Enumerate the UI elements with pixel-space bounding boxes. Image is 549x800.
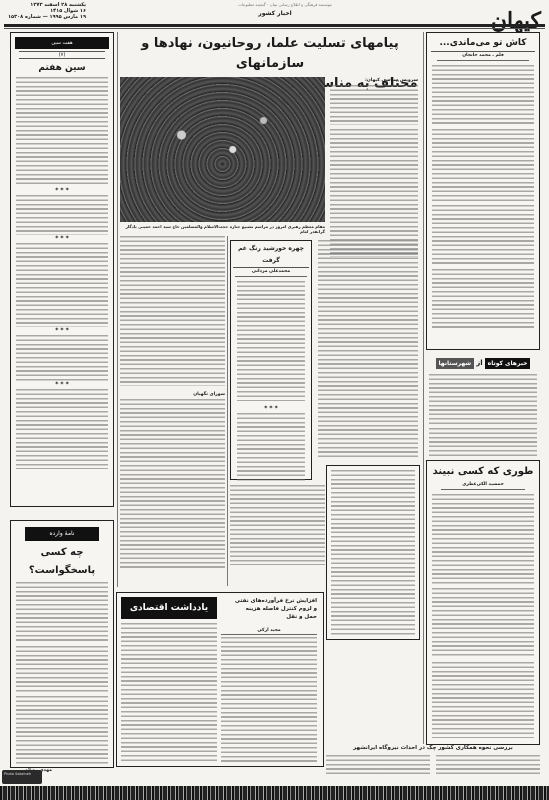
economy-body-left <box>121 623 217 763</box>
tori-body <box>432 494 534 584</box>
kash-body <box>432 205 534 265</box>
column-rule <box>227 236 228 586</box>
separator-stars: * * * <box>11 381 113 389</box>
separator-stars: * * * <box>11 187 113 195</box>
issue-date: یکشنبه ۲۸ اسفند ۱۳۷۳ ۱۶ شوال ۱۴۱۵ ۱۹ مار… <box>6 2 86 20</box>
kash-article: کاش تو می‌ماندی... قلم ـ محمد خانجان <box>426 32 540 350</box>
story-intro: سرویس سیاسی کیهان: <box>330 78 418 83</box>
economy-author: مجید ارکی <box>221 627 317 635</box>
economy-title-line: افزایش نرخ فرآورده‌های نفتی <box>221 597 317 605</box>
kash-title: کاش تو می‌ماندی... <box>431 35 535 52</box>
article-body <box>16 195 108 235</box>
newspaper-logo: کیهان <box>491 8 541 34</box>
poem-verses <box>237 281 305 401</box>
section-title: اخبار کشور <box>235 10 315 17</box>
bottom-news-body <box>436 755 540 777</box>
article-body <box>16 389 108 469</box>
letter-body <box>16 646 108 692</box>
short-news-header: خبرهای کوتاه از شهرستانها <box>426 356 540 370</box>
kash-body <box>432 269 534 329</box>
letter-body <box>16 582 108 642</box>
short-news-item <box>429 374 537 424</box>
article-body <box>16 77 108 185</box>
economy-body-right <box>221 637 317 763</box>
story-body <box>120 399 225 569</box>
funeral-photo <box>120 77 325 222</box>
side-article-body <box>331 470 415 635</box>
economy-header: یادداشت اقتصادی <box>121 597 217 619</box>
tori-body <box>432 662 534 738</box>
tori-title: طوری که کسی نبیند <box>427 463 539 481</box>
story-body <box>230 485 325 565</box>
side-article <box>326 465 420 640</box>
poem-verses <box>237 413 305 483</box>
masthead-rule-thin <box>4 28 545 29</box>
masthead-tagline: موسسه فرهنگی و اطلاع رسانی تبیان - گنجین… <box>210 2 360 7</box>
haft-sin-article: هفت سین (۷) سین هفتم * * * * * * * * * *… <box>10 32 114 507</box>
short-news-label: خبرهای کوتاه <box>485 358 531 369</box>
photo-caption: مقام معظم رهبری امروز در مراسم تشییع جنا… <box>120 224 325 234</box>
bottom-news-columns <box>326 755 540 777</box>
bottom-news: بررسی نحوه همکاری کشور چک در احداث نیروگ… <box>326 744 540 777</box>
story-subhead: شورای نگهبان <box>120 392 225 397</box>
short-news-source: شهرستانها <box>436 358 475 369</box>
scan-edge-strip <box>0 786 549 800</box>
short-news-from: از <box>476 359 482 367</box>
main-story-column: سرویس سیاسی کیهان: <box>330 78 418 257</box>
story-body <box>330 85 418 125</box>
bottom-headline: بررسی نحوه همکاری کشور چک در احداث نیروگ… <box>326 744 540 753</box>
short-news: خبرهای کوتاه از شهرستانها <box>426 356 540 462</box>
kash-author: قلم ـ محمد خانجان <box>437 52 529 61</box>
bottom-news-body <box>326 755 430 777</box>
kash-body <box>432 129 534 201</box>
series-number: (۷) <box>19 51 105 59</box>
article-body <box>16 243 108 327</box>
poem-title: چهره خورشید رنگ غم گرفت <box>233 243 309 268</box>
economy-title: افزایش نرخ فرآورده‌های نفتی و لزوم کنترل… <box>221 597 317 621</box>
tori-author: جمشید الکی‌عطری <box>441 481 525 490</box>
separator-stars: * * * <box>231 405 311 413</box>
article-title: سین هفتم <box>11 61 113 75</box>
story-body <box>120 236 225 386</box>
tori-body <box>432 588 534 658</box>
tori-article: طوری که کسی نبیند جمشید الکی‌عطری <box>426 460 540 745</box>
separator-stars: * * * <box>11 235 113 243</box>
economy-article: یادداشت اقتصادی افزایش نرخ فرآورده‌های ن… <box>116 592 324 767</box>
watermark-badge: Photo Sabzineh <box>2 770 42 784</box>
short-news-item <box>429 428 537 458</box>
letter-article: نامهٔ وارده چه کسی پاسخگواست؟ مهدی رضائی <box>10 520 114 768</box>
poem-box: چهره خورشید رنگ غم گرفت محمدعلی مردانی *… <box>230 240 312 480</box>
headline-line-1: پیامهای تسلیت علما، روحانیون، نهادها و س… <box>120 34 420 74</box>
poem-author: محمدعلی مردانی <box>235 268 307 277</box>
economy-title-line: حمل و نقل <box>221 613 317 621</box>
letter-title: چه کسی پاسخگواست؟ <box>11 544 113 580</box>
letter-body <box>16 696 108 764</box>
separator-stars: * * * <box>11 327 113 335</box>
story-body <box>318 240 418 460</box>
column-rule <box>423 32 424 744</box>
story-subsection: شورای نگهبان <box>120 392 225 569</box>
masthead-rule <box>4 24 545 27</box>
column-rule <box>117 32 118 587</box>
series-header: هفت سین <box>15 37 109 49</box>
economy-title-line: و لزوم کنترل فاصله هزینه <box>221 605 317 613</box>
economy-header-label: یادداشت اقتصادی <box>130 603 208 613</box>
story-body <box>330 129 418 257</box>
article-body <box>16 335 108 381</box>
kash-body <box>432 65 534 125</box>
date-line: ۱۹ مارس ۱۹۹۵ — شماره ۱۵۳۰۸ <box>6 14 86 20</box>
letter-header: نامهٔ وارده <box>25 527 99 541</box>
